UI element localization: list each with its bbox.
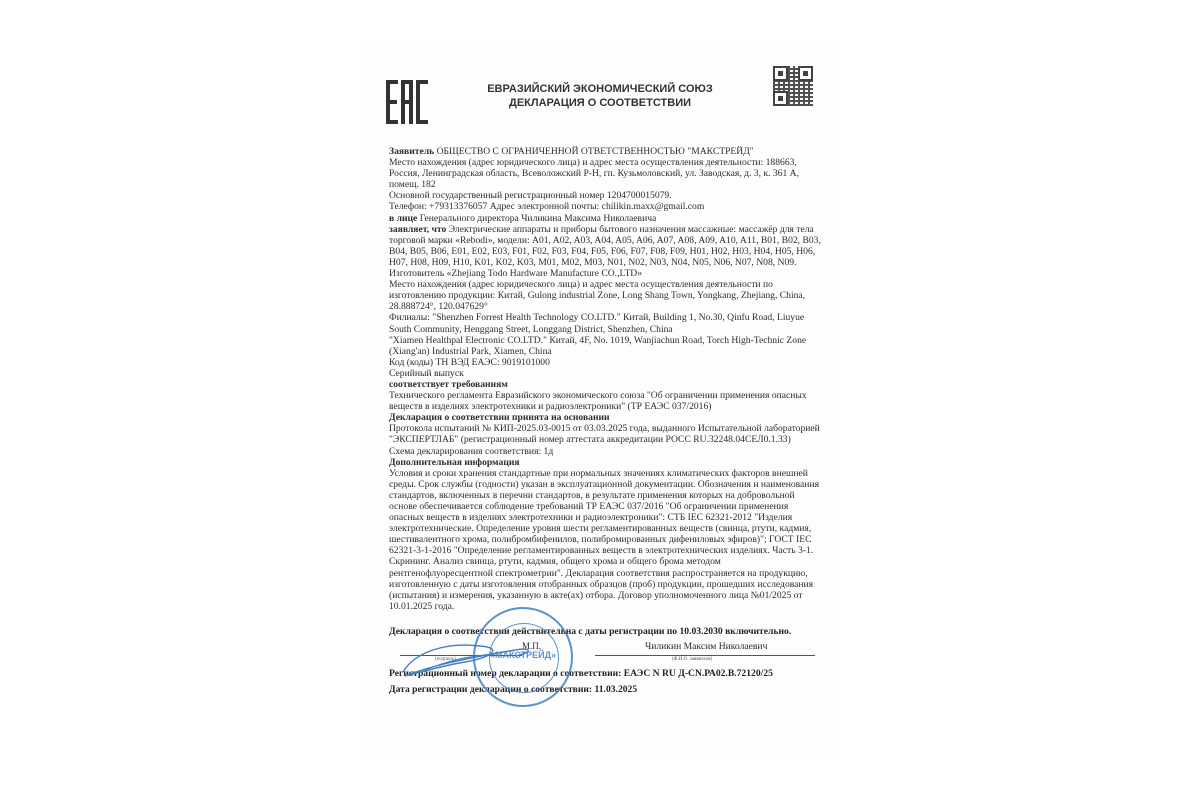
applicant-line: Заявитель ОБЩЕСТВО С ОГРАНИЧЕННОЙ ОТВЕТС… — [389, 146, 821, 157]
production-type: Серийный выпуск — [389, 368, 821, 379]
company-stamp: «МАКСТРЕЙД» — [473, 607, 573, 707]
additional-text: Условия и сроки хранения стандартные при… — [389, 468, 821, 612]
applicant-ogrn: Основной государственный регистрационный… — [389, 190, 821, 201]
basis-heading: Декларация о соответствии принята на осн… — [389, 412, 821, 423]
manufacturer-address: Место нахождения (адрес юридического лиц… — [389, 279, 821, 312]
conformity-text: Технического регламента Евразийского эко… — [389, 390, 821, 412]
branch-2: "Xiamen Healthpal Electronic CO.LTD." Ки… — [389, 335, 821, 357]
basis-text: Протокола испытаний № КИП-2025.03-0015 о… — [389, 423, 821, 445]
manufacturer: Изготовитель «Zhejiang Todo Hardware Man… — [389, 268, 821, 279]
title-union: ЕВРАЗИЙСКИЙ ЭКОНОМИЧЕСКИЙ СОЮЗ — [460, 82, 740, 96]
applicant-address: Место нахождения (адрес юридического лиц… — [389, 157, 821, 190]
branch-1: Филиалы: "Shenzhen Forrest Health Techno… — [389, 312, 821, 334]
hs-code: Код (коды) ТН ВЭД ЕАЭС: 9019101000 — [389, 357, 821, 368]
name-caption: (Ф.И.О. заявителя) — [672, 657, 712, 662]
conformity-heading: соответствует требованиям — [389, 379, 821, 390]
qr-code-icon — [773, 66, 813, 106]
additional-heading: Дополнительная информация — [389, 457, 821, 468]
signer-name: Чиликин Максим Николаевич — [645, 641, 767, 652]
name-line — [595, 655, 815, 656]
applicant-contacts: Телефон: +79313376057 Адрес электронной … — [389, 201, 821, 212]
declares-line: заявляет, что Электрические аппараты и п… — [389, 224, 821, 268]
eac-logo-icon — [386, 80, 430, 124]
representative-line: в лице Генерального директора Чиликина М… — [389, 213, 821, 224]
title-declaration: ДЕКЛАРАЦИЯ О СООТВЕТСТВИИ — [460, 96, 740, 110]
declaration-body: Заявитель ОБЩЕСТВО С ОГРАНИЧЕННОЙ ОТВЕТС… — [389, 146, 821, 612]
scheme: Схема декларирования соответствия: 1д — [389, 446, 821, 457]
stamp-text: «МАКСТРЕЙД» — [475, 650, 571, 660]
document-title: ЕВРАЗИЙСКИЙ ЭКОНОМИЧЕСКИЙ СОЮЗ ДЕКЛАРАЦИ… — [460, 82, 740, 110]
